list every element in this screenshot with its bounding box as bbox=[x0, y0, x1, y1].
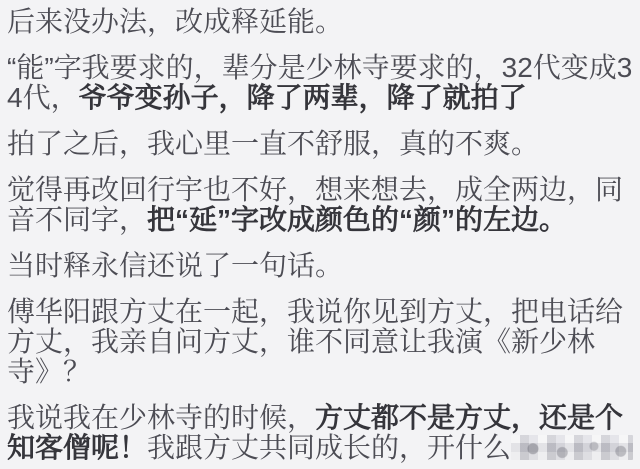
text-segment: 拍了之后，我心里一直不舒服，真的不爽。 bbox=[7, 128, 539, 159]
text-segment: 我跟方丈共同成长的，开什么 bbox=[147, 432, 511, 463]
paragraph: 当时释永信还说了一句话。 bbox=[7, 251, 634, 281]
text-segment: 傅华阳跟方丈在一起，我说你见到方丈，把电话给方丈，我亲自问方丈，谁不同意让我演《… bbox=[7, 296, 623, 387]
bold-text-segment: 把“延”字改成颜色的“颜”的左边。 bbox=[147, 204, 567, 235]
paragraph: “能”字我要求的，辈分是少林寺要求的，32代变成34代，爷爷变孙子，降了两辈，降… bbox=[7, 53, 634, 113]
paragraph: 傅华阳跟方丈在一起，我说你见到方丈，把电话给方丈，我亲自问方丈，谁不同意让我演《… bbox=[7, 297, 634, 387]
text-segment: 我说我在少林寺的时候， bbox=[7, 402, 315, 433]
article-text: 后来没办法，改成释延能。“能”字我要求的，辈分是少林寺要求的，32代变成34代，… bbox=[0, 0, 640, 463]
text-segment: 后来没办法，改成释延能。 bbox=[7, 6, 343, 37]
text-segment: 当时释永信还说了一句话。 bbox=[7, 250, 343, 281]
paragraph: 我说我在少林寺的时候，方丈都不是方丈，还是个知客僧呢！我跟方丈共同成长的，开什么 bbox=[7, 403, 634, 463]
bold-text-segment: 爷爷变孙子，降了两辈，降了就拍了 bbox=[79, 82, 527, 113]
paragraph: 觉得再改回行宇也不好，想来想去，成全两边，同音不同字，把“延”字改成颜色的“颜”… bbox=[7, 175, 634, 235]
paragraph: 拍了之后，我心里一直不舒服，真的不爽。 bbox=[7, 129, 634, 159]
censor-mosaic bbox=[511, 435, 633, 460]
paragraph: 后来没办法，改成释延能。 bbox=[7, 7, 634, 37]
